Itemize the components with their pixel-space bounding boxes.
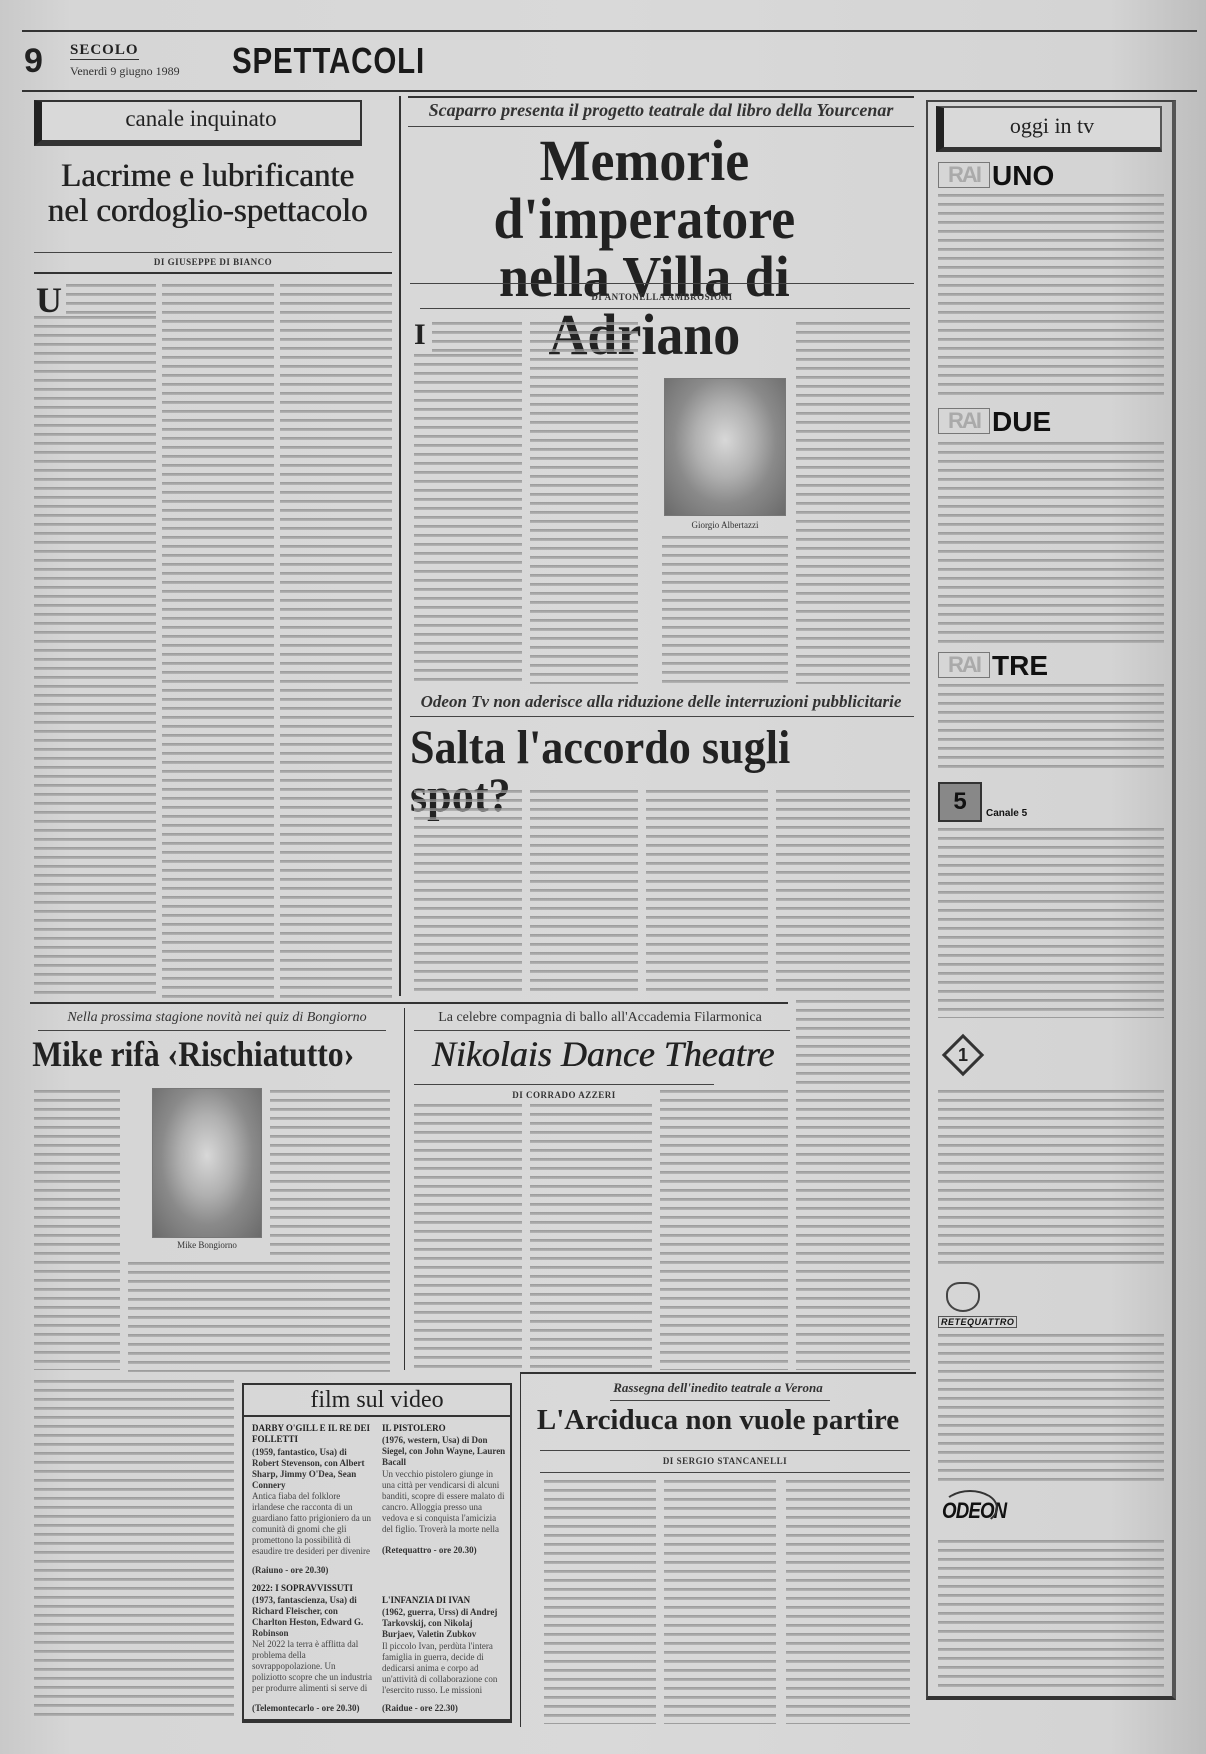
kicker-filarmonica: La celebre compagnia di ballo all'Accade… [410, 1010, 790, 1026]
page-number: 9 [24, 42, 43, 81]
film-description: Antica fiaba del folklore irlandese che … [252, 1491, 372, 1557]
newspaper-page: 9 SECOLO Venerdì 9 giugno 1989 SPETTACOL… [0, 0, 1206, 1754]
film-meta: (1973, fantascienza, Usa) di Richard Fle… [252, 1595, 372, 1639]
article-text [414, 354, 522, 684]
photo-caption: Giorgio Albertazzi [664, 520, 786, 530]
article-text [796, 1000, 910, 1370]
article-text [270, 1090, 390, 1260]
film-meta: (1976, western, Usa) di Don Siegel, con … [382, 1435, 506, 1468]
channel-logo-raidue: DUE [992, 406, 1051, 438]
headline-nikolais: Nikolais Dance Theatre [408, 1036, 798, 1072]
divider [38, 1030, 386, 1031]
headline-line1: Lacrime e lubrificante [30, 160, 385, 193]
divider [30, 1002, 788, 1004]
rai-logo-icon: RAI [938, 652, 990, 678]
tv-schedule-raiuno [938, 194, 1164, 400]
column-divider [520, 1372, 521, 1727]
channel-logo-raitre: TRE [992, 650, 1048, 682]
article-text [414, 1104, 522, 1370]
column-divider [399, 96, 401, 996]
canale5-logo-icon: 5 [938, 782, 982, 822]
article-text [66, 284, 156, 314]
column-kicker-box: canale inquinato [34, 100, 362, 146]
tv-schedule-italia1 [938, 1090, 1164, 1264]
tv-guide-heading: oggi in tv [1010, 113, 1094, 138]
divider [540, 1472, 910, 1473]
divider [610, 1400, 830, 1401]
divider [414, 1030, 790, 1031]
byline: di SERGIO STANCANELLI [540, 1456, 910, 1466]
tv-schedule-raidue [938, 442, 1164, 644]
tv-schedule-odeon [938, 1540, 1164, 1690]
film-meta: (1959, fantastico, Usa) di Robert Steven… [252, 1447, 372, 1491]
retequattro-logo-icon [946, 1282, 980, 1312]
headline-arciduca: L'Arciduca non vuole partire [520, 1406, 916, 1435]
tv-schedule-retequattro [938, 1334, 1164, 1484]
film-channel: (Retequattro - ore 20.30) [382, 1545, 477, 1555]
divider [34, 272, 392, 274]
masthead: 9 SECOLO Venerdì 9 giugno 1989 SPETTACOL… [22, 30, 1197, 92]
paper-name: SECOLO [70, 42, 139, 60]
byline: di ANTONELLA AMBROSIONI [410, 292, 914, 302]
film-title: DARBY O'GILL E IL RE DEI FOLLETTI [252, 1423, 372, 1445]
film-channel: (Telemontecarlo - ore 20.30) [252, 1703, 359, 1713]
article-text [776, 790, 910, 995]
divider [520, 1372, 916, 1374]
article-text [530, 790, 638, 995]
channel-logo-retequattro: RETEQUATTRO [938, 1316, 1017, 1328]
article-text [530, 322, 638, 684]
article-text [786, 1480, 910, 1724]
section-title: SPETTACOLI [232, 40, 425, 82]
film-title: 2022: I SOPRAVVISSUTI [252, 1583, 372, 1594]
divider [410, 283, 914, 284]
article-text [796, 322, 910, 684]
tv-schedule-canale5 [938, 828, 1164, 1018]
channel-logo-canale5: Canale 5 [986, 808, 1027, 819]
article-text [432, 322, 522, 352]
divider [408, 126, 914, 127]
photo-caption: Mike Bongiorno [152, 1240, 262, 1250]
article-text [34, 1090, 120, 1370]
column-divider [404, 1008, 405, 1370]
article-text [646, 790, 768, 995]
article-text [662, 536, 788, 684]
film-sul-video-box: film sul video DARBY O'GILL E IL RE DEI … [242, 1383, 512, 1723]
issue-date: Venerdì 9 giugno 1989 [70, 64, 180, 79]
rai-logo-icon: RAI [938, 162, 990, 188]
odeon-swirl-icon [942, 1490, 998, 1526]
headline-line1: Memorie d'imperatore [410, 132, 879, 248]
byline: di GIUSEPPE DI BIANCO [34, 257, 392, 267]
channel-logo-italia1: 1 [951, 1043, 975, 1067]
article-text [530, 1104, 652, 1370]
italia1-logo-icon: 1 [942, 1034, 984, 1076]
article-text [544, 1480, 656, 1724]
film-title: L'INFANZIA DI IVAN [382, 1595, 506, 1606]
headline-mike: Mike rifà ‹Rischiatutto› [26, 1036, 360, 1072]
article-text [162, 284, 274, 1000]
divider [34, 252, 392, 253]
tv-guide-kicker: oggi in tv [936, 106, 1162, 152]
article-text [128, 1262, 390, 1372]
film-meta: (1962, guerra, Urss) di Andrej Tarkovski… [382, 1607, 506, 1640]
article-text [660, 1090, 788, 1370]
film-channel: (Raiuno - ore 20.30) [252, 1565, 328, 1575]
divider [540, 1450, 910, 1451]
channel-logo-raiuno: UNO [992, 160, 1054, 192]
article-text [34, 316, 156, 1000]
rai-logo-icon: RAI [938, 408, 990, 434]
headline-line2: nel cordoglio-spettacolo [30, 195, 385, 228]
photo-bongiorno [152, 1088, 262, 1238]
article-text [280, 284, 392, 1000]
photo-albertazzi [664, 378, 786, 516]
film-description: Un vecchio pistolero giunge in una città… [382, 1469, 506, 1535]
divider [410, 716, 914, 717]
article-text [414, 790, 522, 995]
article-text [664, 1480, 776, 1724]
tv-schedule-raitre [938, 684, 1164, 768]
tv-guide-column: oggi in tv RAI UNO RAI DUE RAI TRE 5 Can… [926, 100, 1176, 1700]
divider [408, 96, 914, 98]
dropcap: U [36, 282, 62, 318]
kicker-bongiorno: Nella prossima stagione novità nei quiz … [34, 1010, 400, 1026]
article-text [34, 1380, 234, 1720]
kicker-scaparro: Scaparro presenta il progetto teatrale d… [408, 100, 914, 121]
film-description: Nel 2022 la terra è afflitta dal problem… [252, 1639, 372, 1695]
column-kicker: canale inquinato [42, 102, 360, 136]
film-box-heading: film sul video [244, 1385, 510, 1417]
divider [414, 1084, 714, 1085]
divider [420, 308, 910, 309]
headline-lacrime: Lacrime e lubrificante nel cordoglio-spe… [30, 160, 385, 228]
film-title: IL PISTOLERO [382, 1423, 506, 1434]
film-description: Il piccolo Ivan, perdùta l'intera famigl… [382, 1641, 506, 1697]
film-channel: (Raidue - ore 22.30) [382, 1703, 458, 1713]
kicker-odeon: Odeon Tv non aderisce alla riduzione del… [408, 692, 914, 712]
dropcap: I [414, 320, 426, 350]
kicker-verona: Rassegna dell'inedito teatrale a Verona [520, 1380, 916, 1396]
